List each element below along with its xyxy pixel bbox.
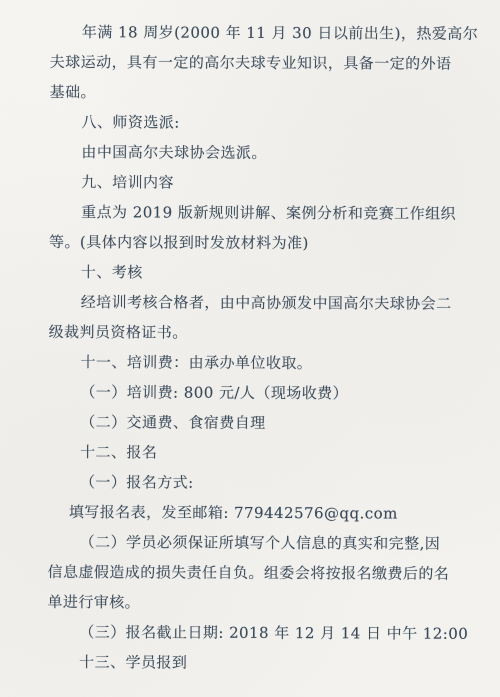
text-line: （三）报名截止日期: 2018 年 12 月 14 日 中午 12:00 [47, 617, 477, 649]
text-line: 十三、学员报到 [47, 647, 477, 679]
text-line: 重点为 2019 版新规则讲解、案例分析和竞赛工作组织 [49, 197, 479, 229]
text-line: 十二、报名 [48, 437, 478, 469]
scanned-document-page: 年满 18 周岁(2000 年 11 月 30 日以前出生)，热爱高尔夫球运动，… [0, 0, 500, 697]
text-line: 年满 18 周岁(2000 年 11 月 30 日以前出生)，热爱高尔 [50, 17, 480, 49]
text-line: 九、培训内容 [49, 167, 479, 199]
document-body: 年满 18 周岁(2000 年 11 月 30 日以前出生)，热爱高尔夫球运动，… [47, 17, 480, 679]
text-line: （二）交通费、食宿费自理 [48, 407, 478, 439]
text-line: 填写报名表，发至邮箱: 779442576@qq.com [48, 497, 478, 529]
text-line: 基础。 [50, 77, 480, 109]
text-line: 十、考核 [49, 257, 479, 289]
text-line: 等。(具体内容以报到时发放材料为准) [49, 227, 479, 259]
text-line: 级裁判员资格证书。 [49, 317, 479, 349]
text-line: （一）培训费: 800 元/人（现场收费） [48, 377, 478, 409]
text-line: 八、师资选派: [49, 107, 479, 139]
text-line: 信息虚假造成的损失责任自负。组委会将按报名缴费后的名 [48, 557, 478, 589]
text-line: （一）报名方式: [48, 467, 478, 499]
text-line: 十一、培训费：由承办单位收取。 [48, 347, 478, 379]
text-line: 由中国高尔夫球协会选派。 [49, 137, 479, 169]
text-line: （二）学员必须保证所填写个人信息的真实和完整,因 [48, 527, 478, 559]
text-line: 单进行审核。 [47, 587, 477, 619]
text-line: 夫球运动，具有一定的高尔夫球专业知识，具备一定的外语 [50, 47, 480, 79]
text-line: 经培训考核合格者，由中高协颁发中国高尔夫球协会二 [49, 287, 479, 319]
